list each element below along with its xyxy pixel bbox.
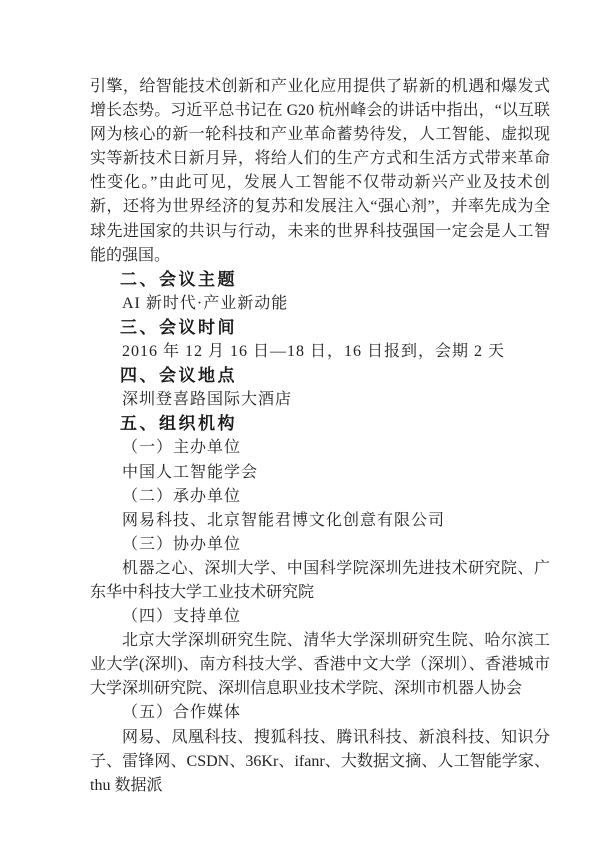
- text-organizer-unit: 网易科技、北京智能君博文化创意有限公司: [90, 509, 550, 533]
- text-conference-theme: AI 新时代·产业新动能: [90, 292, 550, 316]
- section-heading-organizers: 五、组织机构: [90, 412, 550, 436]
- paragraph-continuation: 引擎，给智能技术创新和产业化应用提供了崭新的机遇和爆发式增长态势。习近平总书记在…: [90, 75, 550, 268]
- subheading-media-partners: （五）合作媒体: [90, 701, 550, 725]
- text-co-organizer-units: 机器之心、深圳大学、中国科学院深圳先进技术研究院、广东华中科技大学工业技术研究院: [90, 557, 550, 605]
- text-media-partners: 网易、凤凰科技、搜狐科技、腾讯科技、新浪科技、知识分子、雷锋网、CSDN、36K…: [90, 726, 550, 798]
- subheading-supporting-unit: （四）支持单位: [90, 605, 550, 629]
- text-supporting-units: 北京大学深圳研究生院、清华大学深圳研究生院、哈尔滨工业大学(深圳)、南方科技大学…: [90, 629, 550, 701]
- section-heading-conference-theme: 二、会议主题: [90, 268, 550, 292]
- section-heading-conference-time: 三、会议时间: [90, 316, 550, 340]
- document-body: 引擎，给智能技术创新和产业化应用提供了崭新的机遇和爆发式增长态势。习近平总书记在…: [90, 75, 550, 798]
- text-conference-time: 2016 年 12 月 16 日—18 日，16 日报到，会期 2 天: [90, 340, 550, 364]
- subheading-host-unit: （一）主办单位: [90, 436, 550, 460]
- subheading-co-organizer-unit: （三）协办单位: [90, 533, 550, 557]
- section-heading-conference-venue: 四、会议地点: [90, 364, 550, 388]
- document-page: 引擎，给智能技术创新和产业化应用提供了崭新的机遇和爆发式增长态势。习近平总书记在…: [0, 0, 596, 842]
- subheading-organizer-unit: （二）承办单位: [90, 485, 550, 509]
- text-conference-venue: 深圳登喜路国际大酒店: [90, 388, 550, 412]
- text-host-unit: 中国人工智能学会: [90, 461, 550, 485]
